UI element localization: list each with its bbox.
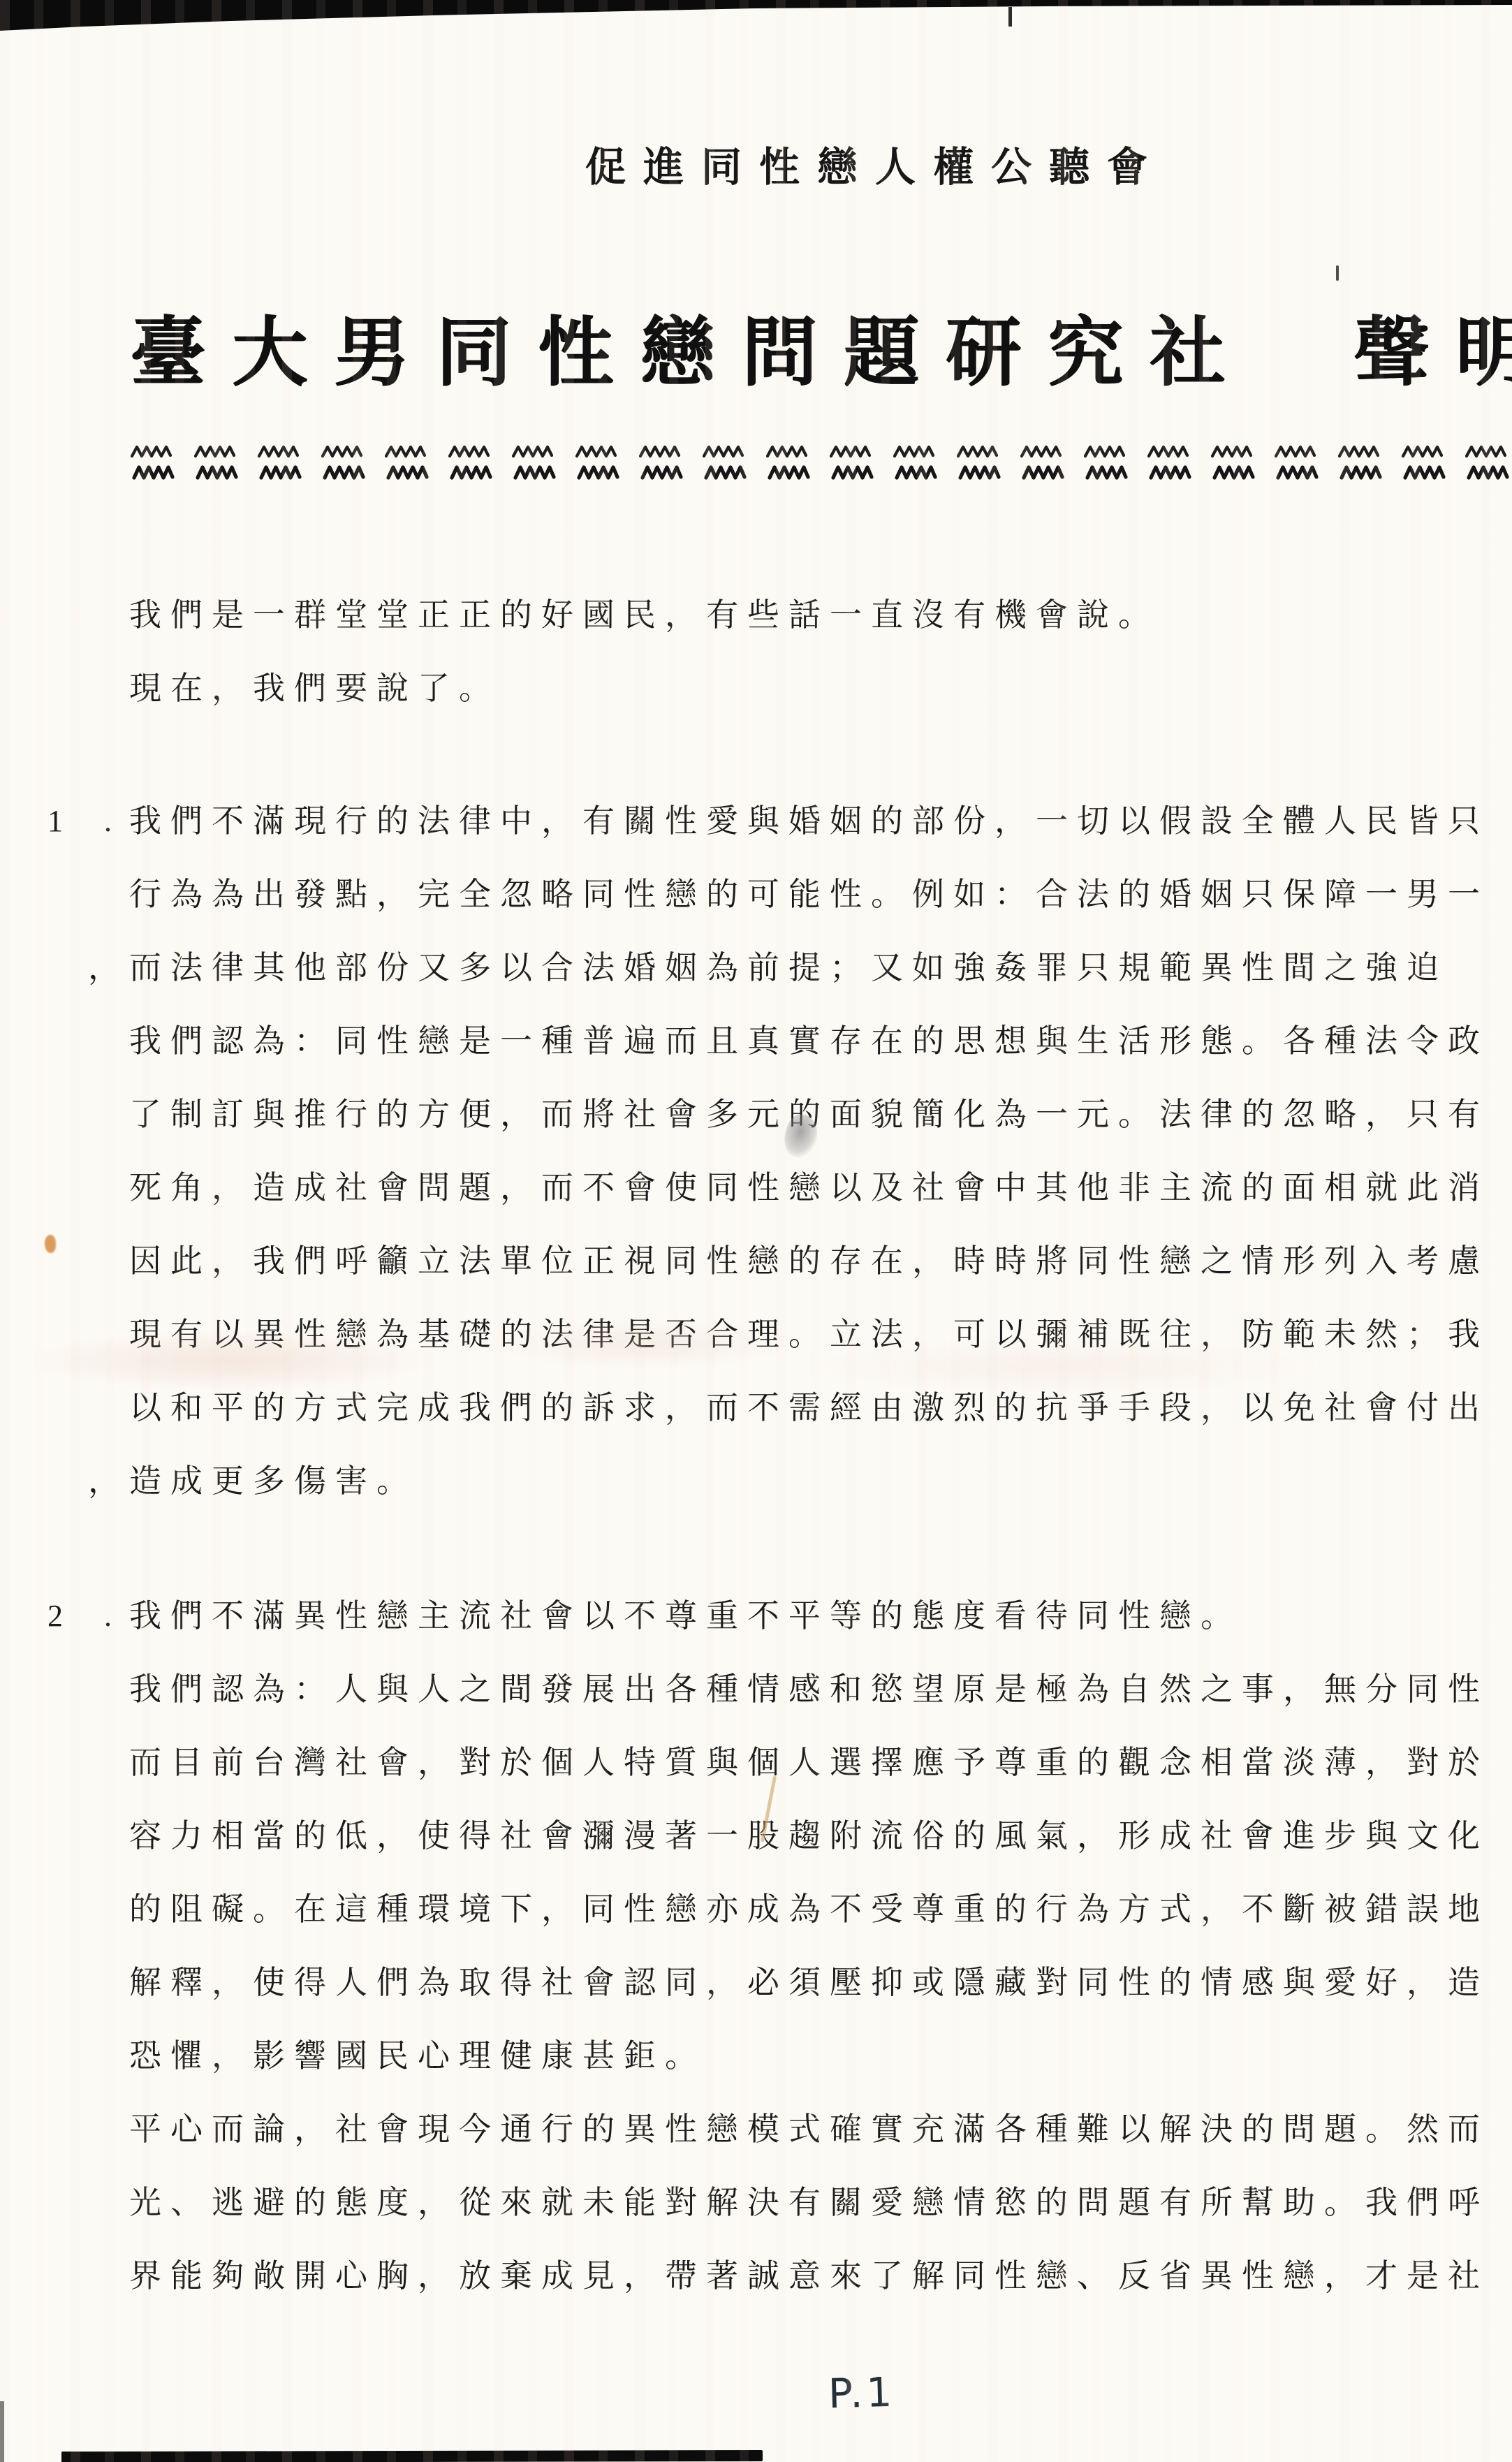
statement-line: 2 . 我們不滿異性戀主流社會以不尊重不平等的態度看待同性戀。 <box>129 1579 1512 1653</box>
statement-text: 以和平的方式完成我們的訴求，而不需經由激烈的抗爭手段，以免社會付出 <box>129 1390 1489 1426</box>
statement-line: ，而法律其他部份又多以合法婚姻為前提；又如強姦罪只規範異性間之強迫 <box>88 931 1512 1004</box>
statement-line: 因此，我們呼籲立法單位正視同性戀的存在，時時將同性戀之情形列入考慮 <box>129 1224 1512 1298</box>
statement-text: 而目前台灣社會，對於個人特質與個人選擇應予尊重的觀念相當淡薄，對於 <box>129 1745 1489 1780</box>
statement-text: 因此，我們呼籲立法單位正視同性戀的存在，時時將同性戀之情形列入考慮 <box>129 1243 1489 1279</box>
intro-line: 現在，我們要說了。 <box>129 652 1512 725</box>
intro-line: 我們是一群堂堂正正的好國民，有些話一直沒有機會說。 <box>129 578 1512 652</box>
statement-line: 平心而論，社會現今通行的異性戀模式確實充滿各種難以解決的問題。然而 <box>129 2093 1512 2166</box>
statement-line: 界能夠敞開心胸，放棄成見，帶著誠意來了解同性戀、反省異性戀，才是社 <box>129 2239 1512 2313</box>
statement-line: 我們認為：人與人之間發展出各種情感和慾望原是極為自然之事，無分同性 <box>129 1653 1512 1726</box>
statement-line: 的阻礙。在這種環境下，同性戀亦成為不受尊重的行為方式，不斷被錯誤地 <box>129 1873 1512 1946</box>
section-1-number: 1 . <box>47 784 129 858</box>
scanned-document-page: 促進同性戀人權公聽會 臺大男同性戀問題研究社 聲明 我們是一群堂堂正正的好國民，… <box>0 0 1512 2462</box>
statement-body: 我們是一群堂堂正正的好國民，有些話一直沒有機會說。 現在，我們要說了。 1 . … <box>129 578 1512 2313</box>
scan-bottom-edge-artifact <box>61 2450 763 2462</box>
statement-text: 解釋，使得人們為取得社會認同，必須壓抑或隱藏對同性的情感與愛好，造 <box>129 1965 1489 2000</box>
statement-text: 恐懼，影響國民心理健康甚鉅。 <box>129 2038 706 2074</box>
statement-line: 了制訂與推行的方便，而將社會多元的面貌簡化為一元。法律的忽略，只有 <box>129 1078 1512 1151</box>
statement-text: 我們認為：人與人之間發展出各種情感和慾望原是極為自然之事，無分同性 <box>129 1671 1489 1707</box>
statement-text: ，而法律其他部份又多以合法婚姻為前提；又如強姦罪只規範異性間之強迫 <box>88 950 1448 985</box>
document-title: 促進同性戀人權公聽會 <box>585 134 1165 193</box>
statement-text: 死角，造成社會問題，而不會使同性戀以及社會中其他非主流的面相就此消 <box>129 1170 1489 1206</box>
statement-line: 而目前台灣社會，對於個人特質與個人選擇應予尊重的觀念相當淡薄，對於 <box>129 1726 1512 1799</box>
statement-text: 光、逃避的態度，從來就未能對解決有關愛戀情慾的問題有所幫助。我們呼 <box>129 2185 1489 2220</box>
scan-top-edge-artifact <box>0 0 1512 34</box>
statement-line: 我們認為：同性戀是一種普遍而且真實存在的思想與生活形態。各種法令政 <box>129 1004 1512 1078</box>
heading-underline <box>130 443 1512 483</box>
paper-fleck <box>45 1235 56 1253</box>
statement-line: 現有以異性戀為基礎的法律是否合理。立法，可以彌補既往，防範未然；我 <box>129 1298 1512 1371</box>
statement-line: 恐懼，影響國民心理健康甚鉅。 <box>129 2019 1512 2093</box>
stray-mark <box>1336 265 1339 281</box>
statement-line: 光、逃避的態度，從來就未能對解決有關愛戀情慾的問題有所幫助。我們呼 <box>129 2166 1512 2239</box>
statement-text: 行為為出發點，完全忽略同性戀的可能性。例如：合法的婚姻只保障一男一 <box>129 877 1489 912</box>
statement-line: 1 . 我們不滿現行的法律中，有關性愛與婚姻的部份，一切以假設全體人民皆只 <box>129 784 1512 858</box>
statement-line: 以和平的方式完成我們的訴求，而不需經由激烈的抗爭手段，以免社會付出 <box>129 1371 1512 1444</box>
scan-left-edge-artifact <box>0 2401 4 2462</box>
statement-line: 容力相當的低，使得社會瀰漫著一股趨附流俗的風氣，形成社會進步與文化 <box>129 1799 1512 1873</box>
statement-text: 平心而論，社會現今通行的異性戀模式確實充滿各種難以解決的問題。然而 <box>129 2111 1489 2147</box>
intro-text: 我們是一群堂堂正正的好國民，有些話一直沒有機會說。 <box>129 597 1159 633</box>
statement-text: 我們不滿現行的法律中，有關性愛與婚姻的部份，一切以假設全體人民皆只 <box>129 803 1489 839</box>
statement-text: 界能夠敞開心胸，放棄成見，帶著誠意來了解同性戀、反省異性戀，才是社 <box>129 2258 1489 2294</box>
statement-line: ，造成更多傷害。 <box>88 1444 1512 1518</box>
statement-text: ，造成更多傷害。 <box>88 1463 418 1499</box>
page-number: P.1 <box>828 2368 896 2417</box>
statement-line: 解釋，使得人們為取得社會認同，必須壓抑或隱藏對同性的情感與愛好，造 <box>129 1946 1512 2019</box>
statement-text: 我們認為：同性戀是一種普遍而且真實存在的思想與生活形態。各種法令政 <box>129 1023 1489 1059</box>
section-2-number: 2 . <box>47 1579 129 1653</box>
statement-text: 的阻礙。在這種環境下，同性戀亦成為不受尊重的行為方式，不斷被錯誤地 <box>129 1891 1489 1927</box>
statement-text: 現有以異性戀為基礎的法律是否合理。立法，可以彌補既往，防範未然；我 <box>129 1317 1489 1352</box>
statement-text: 我們不滿異性戀主流社會以不尊重不平等的態度看待同性戀。 <box>129 1598 1242 1634</box>
statement-line: 行為為出發點，完全忽略同性戀的可能性。例如：合法的婚姻只保障一男一 <box>129 858 1512 931</box>
intro-text: 現在，我們要說了。 <box>129 671 500 706</box>
statement-line: 死角，造成社會問題，而不會使同性戀以及社會中其他非主流的面相就此消 <box>129 1151 1512 1224</box>
document-heading: 臺大男同性戀問題研究社 聲明 <box>130 292 1512 400</box>
statement-text: 容力相當的低，使得社會瀰漫著一股趨附流俗的風氣，形成社會進步與文化 <box>129 1818 1489 1854</box>
